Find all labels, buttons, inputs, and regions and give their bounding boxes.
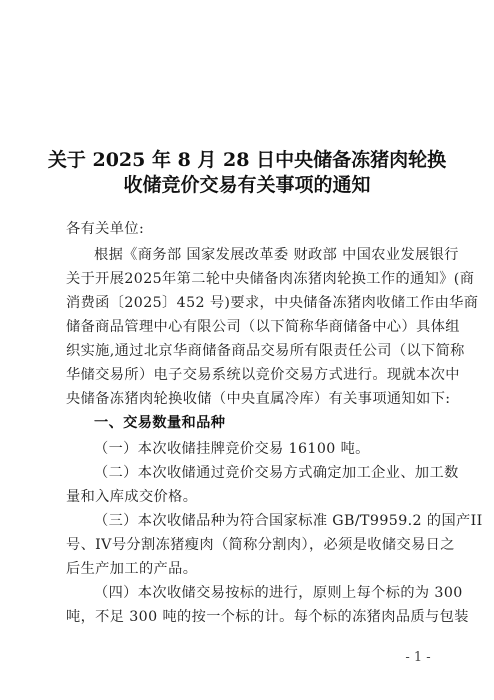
- page-number: - 1 -: [400, 650, 436, 665]
- item-line: （一）本次收储挂牌竞价交易 16100 吨。: [94, 440, 430, 458]
- item-line: 后生产加工的产品。: [66, 560, 430, 578]
- item-line: 号、IV号分割冻猪瘦肉（简称分割肉），必须是收储交易日之: [66, 536, 430, 554]
- body-line: 储备商品管理中心有限公司（以下简称华商储备中心）具体组: [66, 318, 430, 336]
- body-line: 关于开展2025年第二轮中央储备肉冻猪肉轮换工作的通知》(商: [66, 270, 430, 288]
- item-line: （四）本次收储交易按标的进行，原则上每个标的为 300: [94, 584, 430, 602]
- item-line: （三）本次收储品种为符合国家标准 GB/T9959.2 的国产II: [94, 512, 430, 530]
- body-line: 央储备冻猪肉轮换收储（中央直属冷库）有关事项通知如下:: [66, 390, 430, 408]
- body-line: 华储交易所）电子交易系统以竞价交易方式进行。现就本次中: [66, 366, 430, 384]
- document-title-line-2: 收储竞价交易有关事项的通知: [0, 170, 494, 197]
- section-heading: 一、交易数量和品种: [94, 414, 430, 432]
- document-page: 关于 2025 年 8 月 28 日中央储备冻猪肉轮换 收储竞价交易有关事项的通…: [0, 0, 494, 700]
- item-line: （二）本次收储通过竞价交易方式确定加工企业、加工数: [94, 464, 430, 482]
- body-line: 消费函〔2025〕452 号)要求，中央储备冻猪肉收储工作由华商: [66, 294, 430, 312]
- item-line: 量和入库成交价格。: [66, 488, 430, 506]
- document-title-line-1: 关于 2025 年 8 月 28 日中央储备冻猪肉轮换: [0, 145, 494, 172]
- body-line: 织实施,通过北京华商储备商品交易所有限责任公司（以下简称: [66, 342, 430, 360]
- body-line: 根据《商务部 国家发展改革委 财政部 中国农业发展银行: [94, 246, 430, 264]
- item-line: 吨，不足 300 吨的按一个标的计。每个标的冻猪肉品质与包装: [66, 608, 430, 626]
- salutation: 各有关单位:: [66, 220, 430, 238]
